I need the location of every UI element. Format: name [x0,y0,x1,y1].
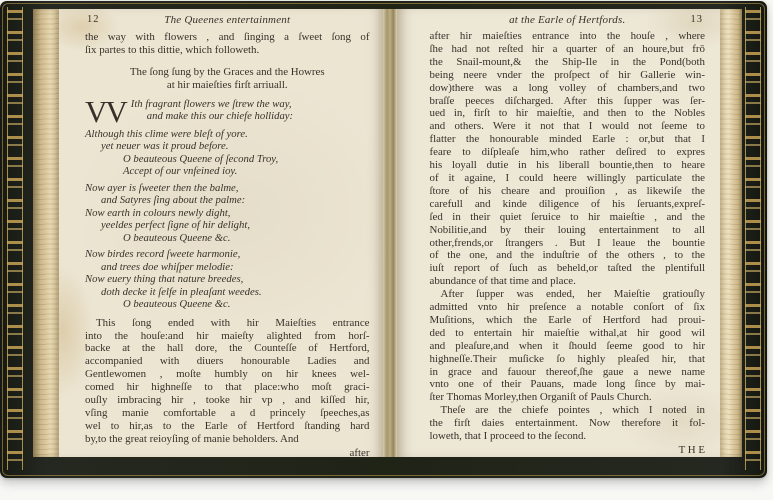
text-line: highneſſe.Their muſicke ſo highly pleaſe… [430,353,706,366]
text-line: O beauteous Queene &c. [123,232,370,245]
photo-background: 12 The Queenes entertainment the way wit… [0,0,773,500]
song-caption: The ſong ſung by the Graces and the Howr… [85,66,370,92]
text-line: the Snail-mount,& the Ship-Ile in the Po… [430,56,706,69]
text-line: carefull and kinde diligence of his ſeru… [430,198,706,211]
poem-opening-row: VV Ith fragrant flowers we ſtrew the way… [85,98,370,124]
text-line: ſhe had not reſted hir a quarter of an h… [430,43,706,56]
prose-paragraph-left: This ſong ended with hir Maieſties entra… [85,317,370,446]
running-header-left-title: The Queenes entertainment [164,14,290,26]
text-line: yet neuer was it proud before. [101,140,370,153]
page-right-text-block: at the Earle of Hertfords. 13 after hir … [430,14,706,457]
text-line: accompanied with diuers honourable Ladie… [85,355,370,368]
text-line: other,frends,or ſtrangers . But I leaue … [430,237,706,250]
text-line: O beauteous Queene &c. [123,298,370,311]
page-right: at the Earle of Hertfords. 13 after hir … [397,9,721,457]
prose-paragraph-right-3: Theſe are the chiefe pointes , which I n… [430,404,706,443]
text-line: and Satyres ſing about the palme: [101,194,370,207]
page-edges-right [720,9,742,457]
text-line: braſſe peeces diſcharged. After this ſup… [430,95,706,108]
text-line: comed hir highneſſe to that place:who mo… [85,381,370,394]
text-line: abundance of that time and place. [430,275,706,288]
poem-opening-lines: Ith fragrant flowers we ſtrew the way,an… [131,98,293,123]
text-line: ſed in their quiet ſeruice to hir maieſt… [430,211,706,224]
open-book: 12 The Queenes entertainment the way wit… [0,1,767,478]
text-line: of it againe, I could heere willingly pa… [430,172,706,185]
text-line: dow)there was a long volley of chambers,… [430,82,706,95]
text-line: wel to hir,as to the Earle of Hertford ſ… [85,420,370,433]
text-line: and pleaſure,and when it ſhould ſeeme go… [430,340,706,353]
gilt-tooling-band-right [745,7,761,470]
page-left: 12 The Queenes entertainment the way wit… [59,9,383,457]
catchword-right: T H E [430,444,706,457]
text-line: The ſong ſung by the Graces and the Howr… [85,66,370,79]
catchword-left: after [85,447,370,460]
text-line: ſix partes to this dittie, which followe… [85,44,370,57]
text-line: ued in, firſt to hir maieſtie, and then … [430,107,706,120]
text-line: After ſupper was ended, her Maieſtie gra… [441,288,706,301]
text-line: in grace and fauour thereof,ſhe gaue a n… [430,366,706,379]
prose-paragraph-right-1: after hir maieſties entrance into the ho… [430,30,706,288]
text-line: yeeldes perfect ſigne of hir delight, [101,219,370,232]
text-line: Theſe are the chiefe pointes , which I n… [441,404,706,417]
text-line: Now earth in colours newly dight, [85,207,370,220]
text-line: ded to entertain hir maieſtie withal,at … [430,327,706,340]
text-line: backe at the hall dore, the Counteſſe of… [85,342,370,355]
text-line: and make this our chiefe holliday: [147,110,293,123]
text-line: iuſt report of ſuch as beheld,or taſted … [430,262,706,275]
text-line: feare to diſpleaſe him,who rather deſire… [430,146,706,159]
text-line: and others. Were it not that I would not… [430,120,706,133]
text-line: vnto one of their Pauans, made long ſinc… [430,378,706,391]
text-line: loweth, that I proceed to the ſecond. [430,430,706,443]
text-line: and trees doe whiſper melodie: [101,261,370,274]
text-line: of the one, and the induſtrie of the oth… [430,249,706,262]
poem-stanza-1: Although this clime were bleſt of yore.y… [85,128,370,178]
text-line: flatter the honourable minded Earle : or… [430,133,706,146]
text-line: doth decke it ſelfe in pleaſant weedes. [101,286,370,299]
text-line: Nobilitie,and by their louing entertainm… [430,224,706,237]
text-line: his loyall dutie in his liberall bountie… [430,159,706,172]
text-line: Although this clime were bleſt of yore. [85,128,370,141]
text-line: admitted vnto hir preſence a notable con… [430,301,706,314]
page-number-right: 13 [691,14,704,25]
prose-paragraph-right-2: After ſupper was ended, her Maieſtie gra… [430,288,706,404]
running-header-left: 12 The Queenes entertainment [85,14,370,30]
text-line: Accept of our vnfeined ioy. [123,165,370,178]
text-line: ouſly imbracing hir , tooke hir vp , and… [85,394,370,407]
text-line: into the houſe:and hir maieſty alighted … [85,330,370,343]
text-line: by,to the great reioyſing of manie behol… [85,433,370,446]
song-poem: VV Ith fragrant flowers we ſtrew the way… [85,98,370,311]
page-left-text-block: 12 The Queenes entertainment the way wit… [85,14,370,457]
poem-stanza-3: Now birdes record ſweete harmonie,and tr… [85,248,370,311]
text-line: the way with flowers , and ſinging a ſwe… [85,31,370,44]
text-line: Muſitions, which the Earle of Hertford h… [430,314,706,327]
text-line: vſing manie comfortable a d princely ſpe… [85,407,370,420]
drop-cap-initial: VV [85,99,126,124]
running-header-right-title: at the Earle of Hertfords. [509,14,625,26]
text-line: the firſt daies entertainment. Now there… [430,417,706,430]
text-line: Now ayer is ſweeter then the balme, [85,182,370,195]
text-line: being neere vnder the proſpect of hir Ga… [430,69,706,82]
text-line: Ith fragrant flowers we ſtrew the way, [131,98,293,111]
text-line: ſtore of his cheare and prouiſion , as l… [430,185,706,198]
text-line: Now birdes record ſweete harmonie, [85,248,370,261]
text-line: Gentlewomen , moſte humbly on hir knees … [85,368,370,381]
page-number-left: 12 [87,14,100,25]
text-line: at hir maieſties firſt arriuall. [85,79,370,92]
text-line: Now euery thing that nature breedes, [85,273,370,286]
book-gutter [383,9,397,457]
gilt-tooling-band-left [7,7,23,470]
text-line: This ſong ended with hir Maieſties entra… [96,317,370,330]
running-header-right: at the Earle of Hertfords. 13 [430,14,706,30]
text-line: after hir maieſties entrance into the ho… [430,30,706,43]
text-line: O beauteous Queene of ſecond Troy, [123,153,370,166]
page-spread: 12 The Queenes entertainment the way wit… [33,9,742,457]
poem-stanza-2: Now ayer is ſweeter then the balme,and S… [85,182,370,245]
page-edges-left [33,9,59,457]
text-line: ſter Thomas Morley,then Organiſt of Paul… [430,391,706,404]
intro-paragraph: the way with flowers , and ſinging a ſwe… [85,31,370,57]
